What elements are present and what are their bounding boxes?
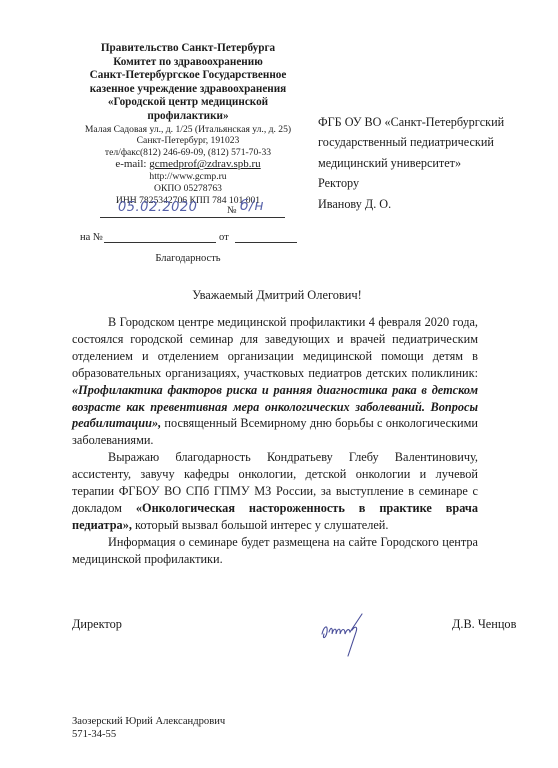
paragraph-info: Информация о семинаре будет размещена на… <box>72 534 478 568</box>
recipient-line: Иванову Д. О. <box>318 194 548 214</box>
reference-number-line <box>104 242 216 243</box>
letter-body: В Городском центре медицинской профилакт… <box>72 314 478 568</box>
handwritten-signature-icon <box>318 612 388 658</box>
recipient-line: медицинский университет» <box>318 153 548 173</box>
paragraph-gratitude: Выражаю благодарность Кондратьеву Глебу … <box>72 449 478 534</box>
email-label: e-mail: <box>115 158 149 170</box>
signatory-position: Директор <box>72 617 122 632</box>
paragraph-text: В Городском центре медицинской профилакт… <box>72 315 478 380</box>
sender-city: Санкт-Петербург, 191023 <box>62 135 314 147</box>
org-line: профилактики» <box>62 110 314 124</box>
org-line: Комитет по здравоохранению <box>62 56 314 70</box>
org-line: «Городской центр медицинской <box>62 96 314 110</box>
org-line: Санкт-Петербургское Государственное <box>62 69 314 83</box>
recipient-block: ФГБ ОУ ВО «Санкт-Петербургский государст… <box>318 112 548 214</box>
executor-name: Заозерский Юрий Александрович <box>72 716 225 729</box>
recipient-line: Ректору <box>318 173 548 193</box>
sender-letterhead: Правительство Санкт-Петербурга Комитет п… <box>62 42 314 206</box>
sender-okpo: ОКПО 05278763 <box>62 183 314 195</box>
registration-number-label: № <box>227 205 237 216</box>
sender-address: Малая Садовая ул., д. 1/25 (Итальянская … <box>62 124 314 136</box>
recipient-line: государственный педиатрический <box>318 132 548 152</box>
letter-subject: Благодарность <box>62 253 314 264</box>
paragraph-seminar: В Городском центре медицинской профилакт… <box>72 314 478 449</box>
reference-label: на № <box>80 232 103 243</box>
org-line: Правительство Санкт-Петербурга <box>62 42 314 56</box>
registration-date: 05.02.2020 <box>118 200 197 215</box>
recipient-line: ФГБ ОУ ВО «Санкт-Петербургский <box>318 112 548 132</box>
org-line: казенное учреждение здравоохранения <box>62 83 314 97</box>
sender-website[interactable]: http://www.gcmp.ru <box>62 171 314 183</box>
sender-email-row: e-mail: gcmedprof@zdrav.spb.ru <box>62 158 314 171</box>
executor-phone: 571-34-55 <box>72 729 225 742</box>
signatory-name: Д.В. Ченцов <box>452 617 516 632</box>
email-link[interactable]: gcmedprof@zdrav.spb.ru <box>149 158 260 170</box>
executor-block: Заозерский Юрий Александрович 571-34-55 <box>72 716 225 741</box>
reference-date-line <box>235 242 297 243</box>
greeting: Уважаемый Дмитрий Олегович! <box>62 288 492 303</box>
reference-from-label: от <box>219 232 229 243</box>
sender-phone: тел/факс(812) 246-69-09, (812) 571-70-33 <box>62 147 314 159</box>
paragraph-text: который вызвал большой интерес у слушате… <box>132 518 389 532</box>
registration-number: б/н <box>240 198 264 214</box>
